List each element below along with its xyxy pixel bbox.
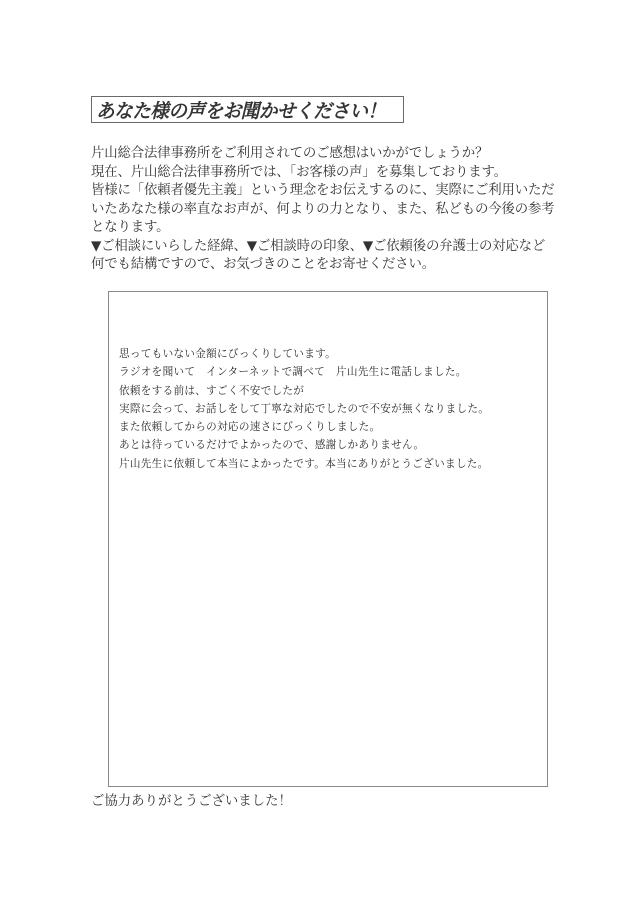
intro-line: ▼ご相談にいらした経緯、▼ご相談時の印象、▼ご依頼後の弁護士の対応など bbox=[91, 238, 561, 257]
intro-line: いたあなた様の率直なお声が、何よりの力となり、また、私どもの今後の参考 bbox=[91, 201, 561, 220]
intro-line: 何でも結構ですので、お気づきのことをお寄せください。 bbox=[91, 256, 561, 275]
closing-message: ご協力ありがとうございました！ bbox=[91, 790, 292, 809]
intro-line: となります。 bbox=[91, 219, 561, 238]
response-line: 依頼をする前は、すごく不安でしたが bbox=[119, 382, 489, 400]
intro-line: 片山総合法律事務所をご利用されてのご感想はいかがでしょうか？ bbox=[91, 145, 561, 164]
intro-line: 現在、片山総合法律事務所では、「お客様の声」を募集しております。 bbox=[91, 164, 561, 183]
response-line: 実際に会って、お話しをして丁寧な対応でしたので不安が無くなりました。 bbox=[119, 400, 489, 418]
customer-response: 思ってもいない金額にびっくりしています。 ラジオを聞いて インターネットで調べて… bbox=[119, 345, 489, 473]
response-line: また依頼してからの対応の速さにびっくりしました。 bbox=[119, 418, 489, 436]
title-box: あなた様の声をお聞かせください！ bbox=[91, 96, 404, 123]
response-line: 思ってもいない金額にびっくりしています。 bbox=[119, 345, 489, 363]
response-line: 片山先生に依頼して本当によかったです。本当にありがとうございました。 bbox=[119, 455, 489, 473]
intro-line: 皆様に「依頼者優先主義」という理念をお伝えするのに、実際にご利用いただ bbox=[91, 182, 561, 201]
response-line: ラジオを聞いて インターネットで調べて 片山先生に電話しました。 bbox=[119, 363, 489, 381]
response-line: あとは待っているだけでよかったので、感謝しかありません。 bbox=[119, 436, 489, 454]
page-title: あなた様の声をお聞かせください！ bbox=[96, 96, 386, 123]
intro-paragraph: 片山総合法律事務所をご利用されてのご感想はいかがでしょうか？ 現在、片山総合法律… bbox=[91, 145, 561, 275]
